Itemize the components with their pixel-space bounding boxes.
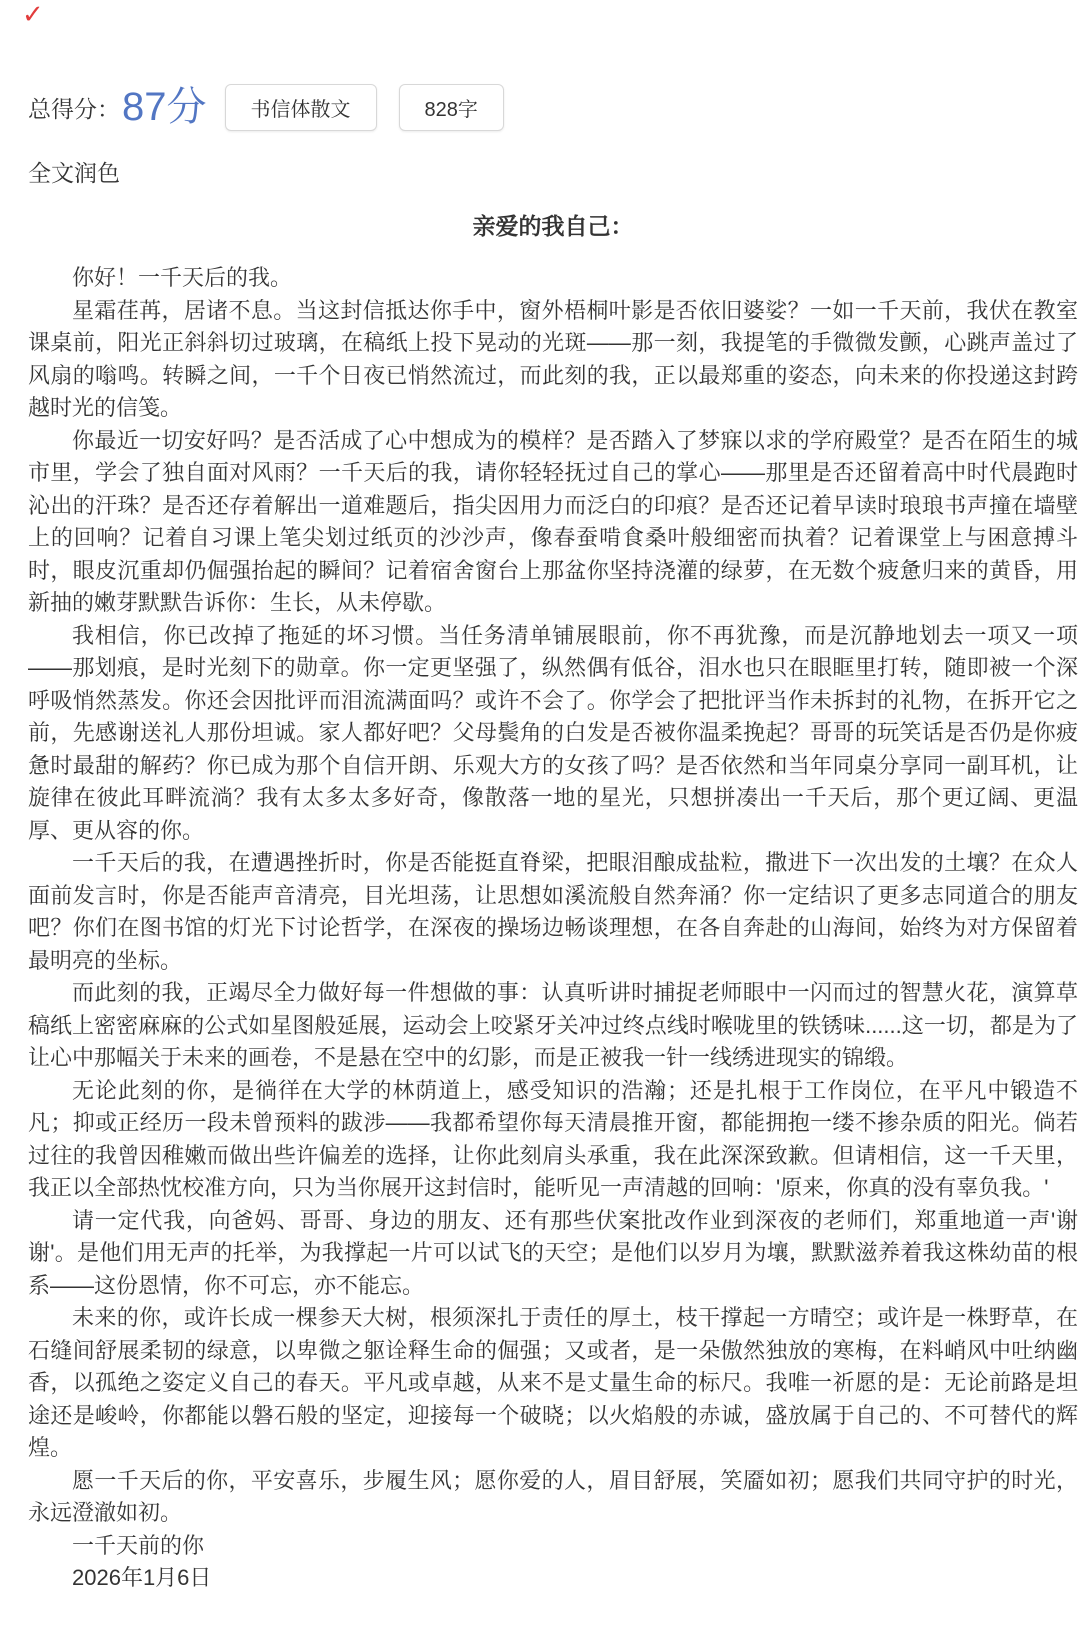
score-row: 总得分： 87分 书信体散文828字	[28, 84, 1080, 130]
essay-paragraph: 星霜荏苒，居诸不息。当这封信抵达你手中，窗外梧桐叶影是否依旧婆娑？一如一千天前，…	[28, 295, 1078, 425]
essay-paragraph: 未来的你，或许长成一棵参天大树，根须深扎于责任的厚土，枝干撑起一方晴空；或许是一…	[28, 1302, 1078, 1465]
essay-paragraph: 一千天后的我，在遭遇挫折时，你是否能挺直脊梁，把眼泪酿成盐粒，撒进下一次出发的土…	[28, 847, 1078, 977]
essay-title: 亲爱的我自己：	[28, 208, 1078, 241]
essay-signature: 一千天前的你	[28, 1530, 1078, 1563]
essay-paragraph: 愿一千天后的你，平安喜乐，步履生风；愿你爱的人，眉目舒展，笑靥如初；愿我们共同守…	[28, 1465, 1078, 1530]
score-label: 总得分：	[28, 91, 120, 124]
essay-paragraph: 我相信，你已改掉了拖延的坏习惯。当任务清单铺展眼前，你不再犹豫，而是沉静地划去一…	[28, 620, 1078, 848]
section-title: 全文润色	[28, 155, 1080, 188]
essay-content: 亲爱的我自己： 你好！一千天后的我。星霜荏苒，居诸不息。当这封信抵达你手中，窗外…	[0, 208, 1080, 1625]
essay-body: 你好！一千天后的我。星霜荏苒，居诸不息。当这封信抵达你手中，窗外梧桐叶影是否依旧…	[28, 262, 1078, 1530]
essay-paragraph: 请一定代我，向爸妈、哥哥、身边的朋友、还有那些伏案批改作业到深夜的老师们，郑重地…	[28, 1205, 1078, 1303]
check-icon: ✓	[22, 0, 44, 28]
tag-badge[interactable]: 书信体散文	[225, 84, 377, 131]
essay-paragraph: 你最近一切安好吗？是否活成了心中想成为的模样？是否踏入了梦寐以求的学府殿堂？是否…	[28, 425, 1078, 620]
essay-paragraph: 你好！一千天后的我。	[28, 262, 1078, 295]
essay-paragraph: 而此刻的我，正竭尽全力做好每一件想做的事：认真听讲时捕捉老师眼中一闪而过的智慧火…	[28, 977, 1078, 1075]
essay-footer: 一千天前的你 2026年1月6日	[28, 1530, 1078, 1595]
badge-group: 书信体散文828字	[225, 84, 504, 131]
essay-paragraph: 无论此刻的你，是徜徉在大学的林荫道上，感受知识的浩瀚；还是扎根于工作岗位，在平凡…	[28, 1075, 1078, 1205]
score-value: 87分	[122, 87, 207, 127]
tag-badge[interactable]: 828字	[399, 84, 504, 131]
essay-date: 2026年1月6日	[28, 1562, 1078, 1595]
